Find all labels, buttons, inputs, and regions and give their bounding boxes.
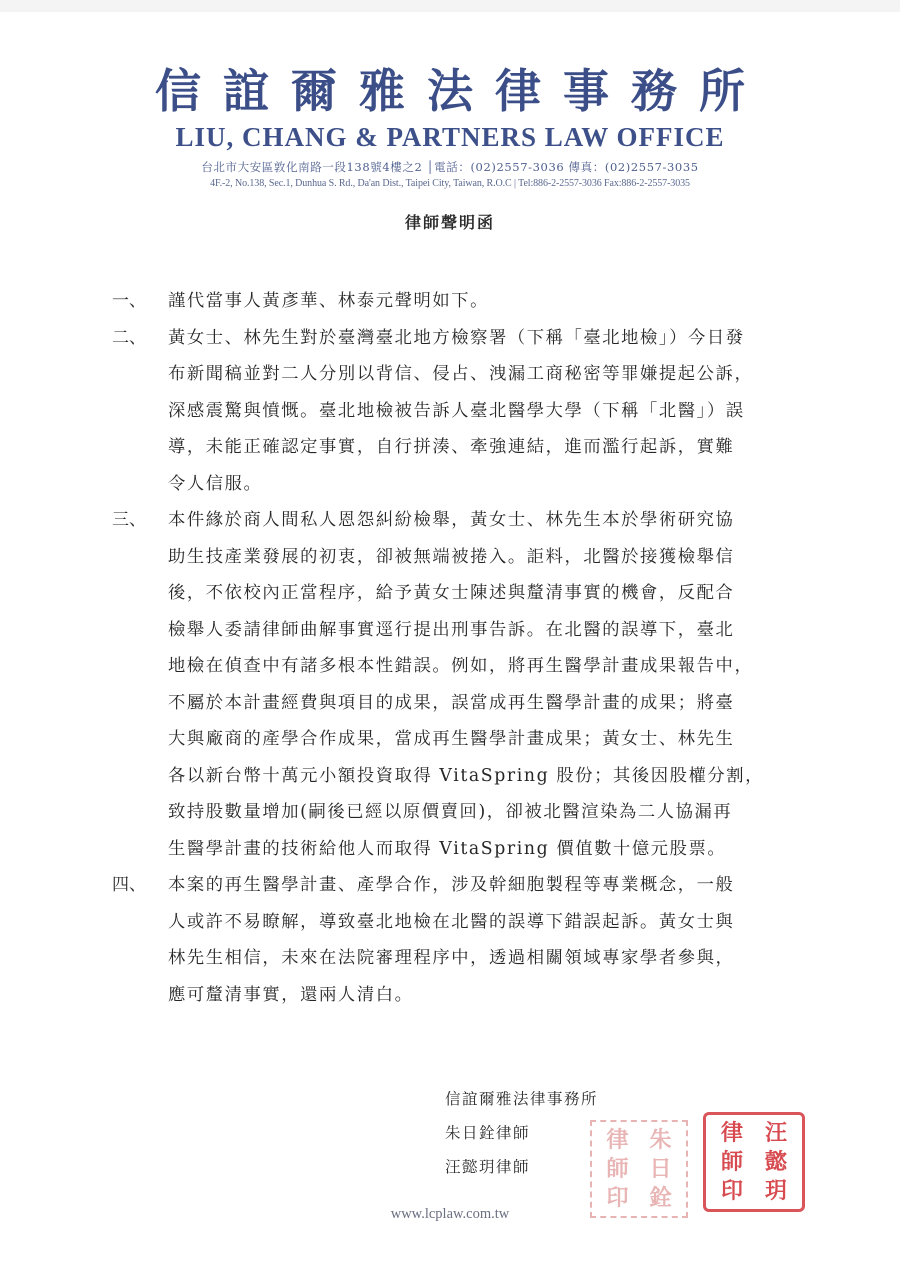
- letterhead: 信誼爾雅法律事務所 LIU, CHANG & PARTNERS LAW OFFI…: [0, 64, 900, 192]
- firm-name-chinese: 信誼爾雅法律事務所: [22, 64, 900, 118]
- seal-char: 師: [607, 1158, 629, 1180]
- text-line: 大與廠商的產學合作成果，當成再生醫學計畫成果；黃女士、林先生: [168, 721, 802, 758]
- text-line: 人或許不易瞭解，導致臺北地檢在北醫的誤導下錯誤起訴。黃女士與: [168, 904, 802, 941]
- item-text: 本案的再生醫學計畫、產學合作，涉及幹細胞製程等專業概念，一般 人或許不易瞭解，導…: [168, 867, 802, 1013]
- item-text: 黃女士、林先生對於臺灣臺北地方檢察署（下稱「臺北地檢」）今日發 布新聞稿並對二人…: [168, 320, 802, 503]
- signature-block: 信誼爾雅法律事務所 朱日銓律師 汪懿玥律師: [445, 1082, 598, 1184]
- item-number: 四、: [112, 867, 168, 1013]
- seal-stamp-zhu: 朱 日 銓 律 師 印: [590, 1120, 688, 1218]
- firm-address-english: 4F.-2, No.138, Sec.1, Dunhua S. Rd., Da'…: [0, 176, 900, 192]
- seal-char: 朱: [650, 1129, 672, 1151]
- item-number: 一、: [112, 283, 168, 320]
- text-line: 應可釐清事實，還兩人清白。: [168, 977, 802, 1014]
- text-line: 林先生相信，未來在法院審理程序中，透過相關領域專家學者參與，: [168, 940, 802, 977]
- text-line: 後，不依校內正當程序，給予黃女士陳述與釐清事實的機會，反配合: [168, 575, 802, 612]
- statement-body: 一、 謹代當事人黃彥華、林泰元聲明如下。 二、 黃女士、林先生對於臺灣臺北地方檢…: [112, 283, 802, 1013]
- statement-item-1: 一、 謹代當事人黃彥華、林泰元聲明如下。: [112, 283, 802, 320]
- seal-char: 汪: [765, 1122, 787, 1144]
- text-line: 謹代當事人黃彥華、林泰元聲明如下。: [168, 283, 802, 320]
- text-line: 布新聞稿並對二人分別以背信、侵占、洩漏工商秘密等罪嫌提起公訴，: [168, 356, 802, 393]
- seal-char: 律: [721, 1122, 743, 1144]
- seal-char: 玥: [765, 1180, 787, 1202]
- item-text: 本件緣於商人間私人恩怨糾紛檢舉，黃女士、林先生本於學術研究協 助生技產業發展的初…: [168, 502, 802, 867]
- firm-address-chinese: 台北市大安區敦化南路一段138號4樓之2 │電話：(02)2557-3036 傳…: [0, 158, 900, 176]
- text-line: 本件緣於商人間私人恩怨糾紛檢舉，黃女士、林先生本於學術研究協: [168, 502, 802, 539]
- statement-item-3: 三、 本件緣於商人間私人恩怨糾紛檢舉，黃女士、林先生本於學術研究協 助生技產業發…: [112, 502, 802, 867]
- text-line: 地檢在偵查中有諸多根本性錯誤。例如，將再生醫學計畫成果報告中，: [168, 648, 802, 685]
- text-line: 致持股數量增加(嗣後已經以原價賣回)，卻被北醫渲染為二人協漏再: [168, 794, 802, 831]
- text-line: 深感震驚與憤慨。臺北地檢被告訴人臺北醫學大學（下稱「北醫」）誤: [168, 393, 802, 430]
- seal-char: 日: [650, 1158, 672, 1180]
- website-link[interactable]: www.lcplaw.com.tw: [0, 1206, 900, 1223]
- text-line: 助生技產業發展的初衷，卻被無端被捲入。詎料，北醫於接獲檢舉信: [168, 539, 802, 576]
- text-line: 生醫學計畫的技術給他人而取得 VitaSpring 價值數十億元股票。: [168, 831, 802, 868]
- signature-firm: 信誼爾雅法律事務所: [445, 1082, 598, 1116]
- item-text: 謹代當事人黃彥華、林泰元聲明如下。: [168, 283, 802, 320]
- statement-item-2: 二、 黃女士、林先生對於臺灣臺北地方檢察署（下稱「臺北地檢」）今日發 布新聞稿並…: [112, 320, 802, 503]
- seal-char: 律: [607, 1129, 629, 1151]
- statement-item-4: 四、 本案的再生醫學計畫、產學合作，涉及幹細胞製程等專業概念，一般 人或許不易瞭…: [112, 867, 802, 1013]
- text-line: 導，未能正確認定事實，自行拼湊、牽強連結，進而濫行起訴，實難: [168, 429, 802, 466]
- text-line: 不屬於本計畫經費與項目的成果，誤當成再生醫學計畫的成果；將臺: [168, 685, 802, 722]
- text-line: 檢舉人委請律師曲解事實逕行提出刑事告訴。在北醫的誤導下，臺北: [168, 612, 802, 649]
- firm-name-english: LIU, CHANG & PARTNERS LAW OFFICE: [0, 120, 900, 154]
- seal-stamp-wang: 汪 懿 玥 律 師 印: [703, 1112, 805, 1212]
- top-strip: [0, 0, 900, 12]
- item-number: 二、: [112, 320, 168, 503]
- item-number: 三、: [112, 502, 168, 867]
- text-line: 令人信服。: [168, 466, 802, 503]
- document-title: 律師聲明函: [0, 210, 900, 233]
- signature-lawyer-1: 朱日銓律師: [445, 1116, 598, 1150]
- seal-char: 懿: [765, 1151, 787, 1173]
- text-line: 本案的再生醫學計畫、產學合作，涉及幹細胞製程等專業概念，一般: [168, 867, 802, 904]
- signature-lawyer-2: 汪懿玥律師: [445, 1150, 598, 1184]
- text-line: 各以新台幣十萬元小額投資取得 VitaSpring 股份；其後因股權分割，: [168, 758, 802, 795]
- text-line: 黃女士、林先生對於臺灣臺北地方檢察署（下稱「臺北地檢」）今日發: [168, 320, 802, 357]
- seal-char: 師: [721, 1151, 743, 1173]
- seal-char: 印: [721, 1180, 743, 1202]
